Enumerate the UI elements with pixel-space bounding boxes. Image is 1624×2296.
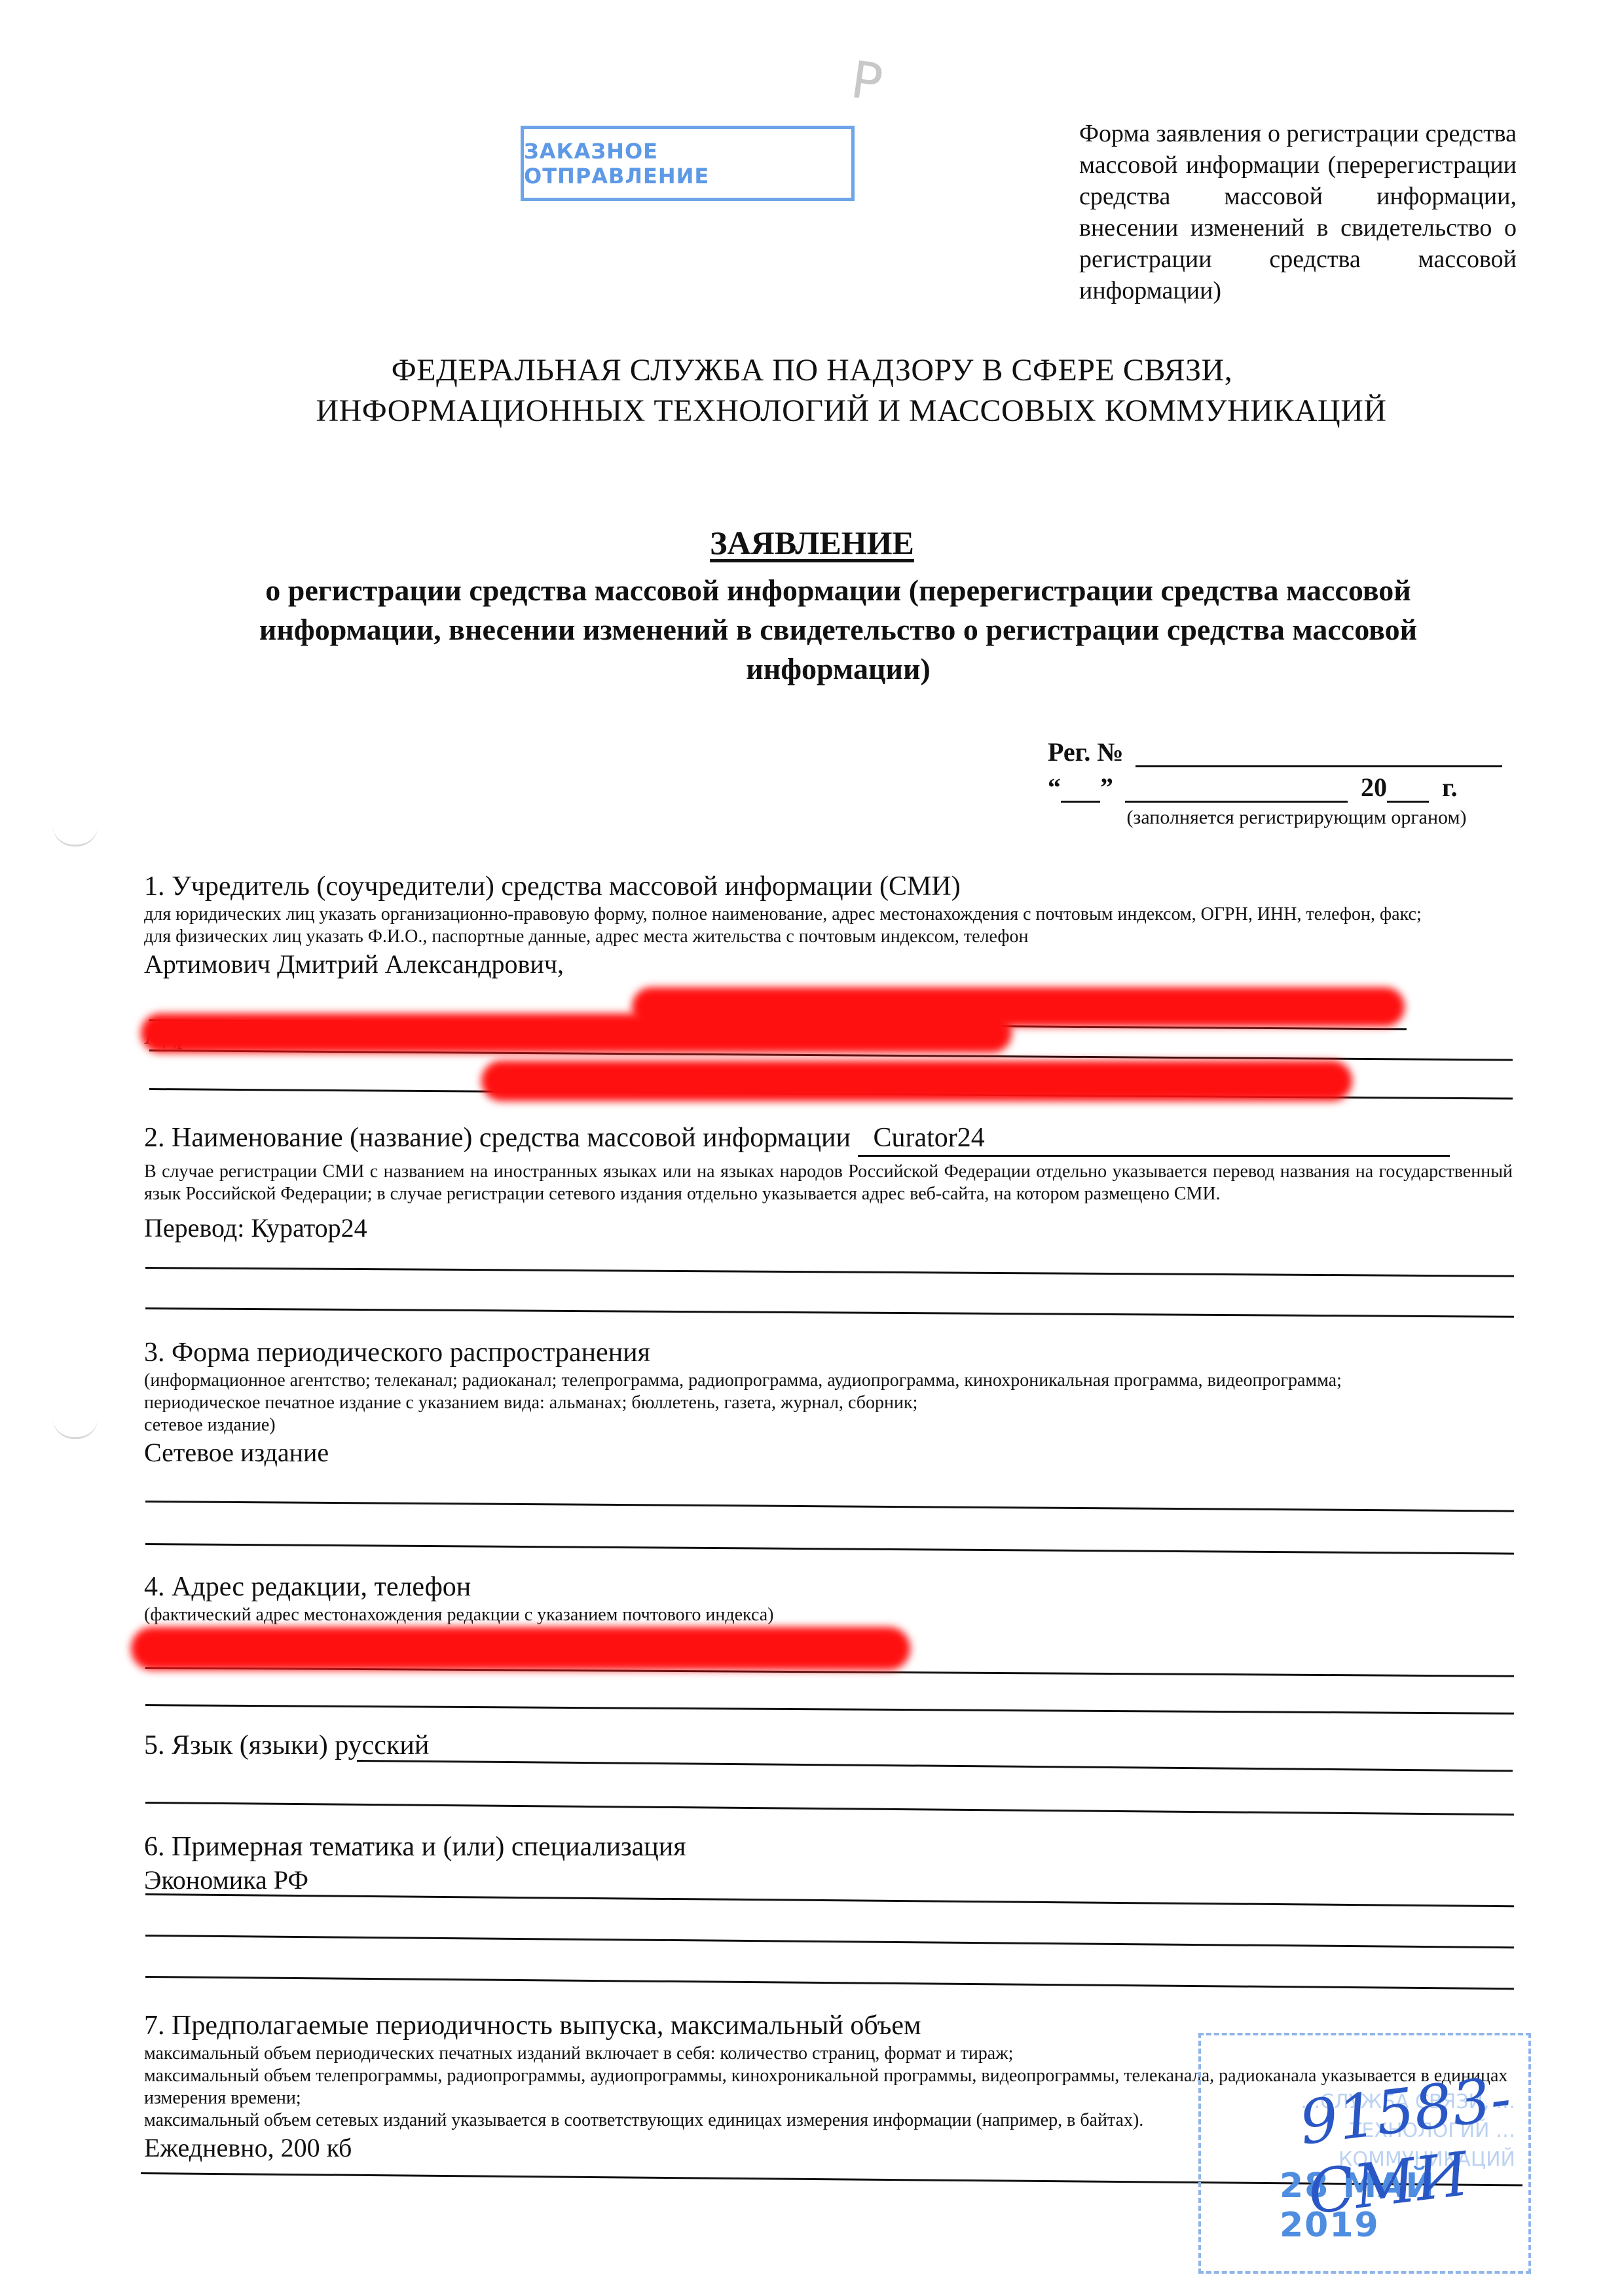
form-note: Форма заявления о регистрации средства м… (1079, 118, 1517, 306)
section-3-title: 3. Форма периодического распространения (144, 1336, 1513, 1370)
distribution-form-field[interactable]: Сетевое издание (144, 1436, 1513, 1469)
reg-number-label: Рег. № (1048, 737, 1124, 767)
agency-name: ФЕДЕРАЛЬНАЯ СЛУЖБА ПО НАДЗОРУ В СФЕРЕ СВ… (0, 350, 1624, 431)
language-field[interactable]: русский (335, 1730, 429, 1760)
open-quote: “ (1048, 772, 1061, 803)
section-topics: 6. Примерная тематика и (или) специализа… (144, 1830, 1513, 1897)
section-4-title: 4. Адрес редакции, телефон (144, 1570, 1513, 1604)
line (145, 1267, 1514, 1277)
line (145, 1501, 1514, 1512)
section-language: 5. Язык (языки) русский (144, 1728, 1513, 1762)
section-3-hint-2: периодическое печатное издание с указани… (144, 1392, 1513, 1414)
reg-month-field[interactable] (1125, 774, 1348, 803)
reg-number-field[interactable] (1135, 739, 1502, 767)
line (145, 1307, 1514, 1318)
section-2-label: 2. Наименование (название) средства масс… (144, 1123, 851, 1153)
founder-name-field[interactable]: Артимович Дмитрий Александрович, (144, 948, 1513, 981)
document-title: ЗАЯВЛЕНИЕ (0, 524, 1624, 562)
reg-day-field[interactable] (1061, 774, 1100, 803)
translation-field[interactable]: Перевод: Куратор24 (144, 1212, 1513, 1245)
section-distribution-form: 3. Форма периодического распространения … (144, 1336, 1513, 1469)
topics-field[interactable]: Экономика РФ (144, 1864, 1513, 1897)
registered-mail-stamp-text: ЗАКАЗНОЕ ОТПРАВЛЕНИЕ (524, 139, 851, 189)
section-5-title: 5. Язык (языки) русский (144, 1728, 1513, 1762)
reg-year-field[interactable] (1387, 774, 1429, 803)
section-5-label: 5. Язык (языки) (144, 1730, 328, 1760)
redaction-address (481, 1061, 1352, 1101)
year-suffix: г. (1442, 772, 1458, 803)
scan-artifact (52, 825, 98, 847)
redaction-editorial-address (131, 1627, 910, 1670)
section-3-hint-3: сетевое издание) (144, 1414, 1513, 1436)
scan-artifact (52, 1417, 98, 1439)
line (145, 1935, 1514, 1948)
registered-mail-stamp: ЗАКАЗНОЕ ОТПРАВЛЕНИЕ (521, 126, 855, 201)
section-2-hint: В случае регистрации СМИ с названием на … (144, 1161, 1513, 1205)
close-quote: ” (1100, 772, 1113, 803)
section-media-name: 2. Наименование (название) средства масс… (144, 1121, 1513, 1245)
line (145, 1543, 1514, 1555)
section-1-hint-legal: для юридических лиц указать организацион… (144, 903, 1513, 926)
line (145, 1802, 1514, 1815)
reg-note: (заполняется регистрирующим органом) (1048, 807, 1519, 829)
agency-line-2: ИНФОРМАЦИОННЫХ ТЕХНОЛОГИЙ И МАССОВЫХ КОМ… (0, 391, 1624, 431)
section-2-title: 2. Наименование (название) средства масс… (144, 1121, 1513, 1157)
section-6-title: 6. Примерная тематика и (или) специализа… (144, 1830, 1513, 1864)
agency-line-1: ФЕДЕРАЛЬНАЯ СЛУЖБА ПО НАДЗОРУ В СФЕРЕ СВ… (392, 353, 1232, 388)
media-name-field[interactable]: Curator24 (858, 1121, 1450, 1157)
document-subtitle: о регистрации средства массовой информац… (196, 571, 1480, 689)
redaction-passport-2 (141, 1013, 1012, 1053)
registration-block: Рег. № “ ” 20 г. (заполняется регистриру… (1048, 732, 1519, 829)
section-3-hint-1: (информационное агентство; телеканал; ра… (144, 1370, 1513, 1392)
section-4-hint: (фактический адрес местонахождения редак… (144, 1604, 1513, 1626)
pencil-mark: Р (847, 50, 886, 113)
year-prefix: 20 (1361, 772, 1387, 803)
line (145, 1704, 1514, 1715)
line (145, 1976, 1514, 1990)
section-1-hint-person: для физических лиц указать Ф.И.О., паспо… (144, 926, 1513, 948)
section-1-title: 1. Учредитель (соучредители) средства ма… (144, 869, 1513, 903)
